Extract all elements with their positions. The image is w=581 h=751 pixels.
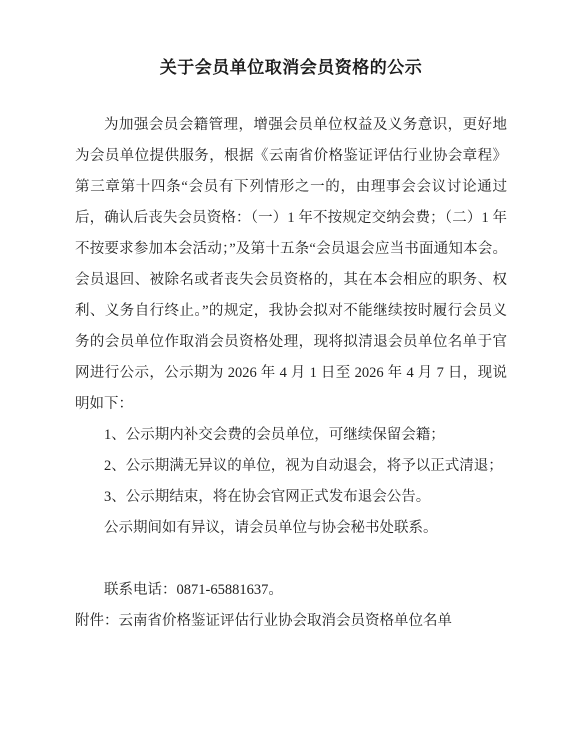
attachment-line: 附件：云南省价格鉴证评估行业协会取消会员资格单位名单 <box>75 606 507 637</box>
list-item-1: 1、公示期内补交会费的会员单位，可继续保留会籍； <box>75 420 507 451</box>
document-page: 关于会员单位取消会员资格的公示 为加强会员会籍管理，增强会员单位权益及义务意识，… <box>0 0 581 751</box>
paragraph-main: 为加强会员会籍管理，增强会员单位权益及义务意识，更好地为会员单位提供服务，根据《… <box>75 110 507 420</box>
contact-phone-line: 联系电话：0871-65881637。 <box>75 575 507 606</box>
list-item-2: 2、公示期满无异议的单位，视为自动退会，将予以正式清退； <box>75 451 507 482</box>
page-title: 关于会员单位取消会员资格的公示 <box>75 52 507 83</box>
paragraph-objection: 公示期间如有异议，请会员单位与协会秘书处联系。 <box>75 513 507 544</box>
list-item-3: 3、公示期结束，将在协会官网正式发布退会公告。 <box>75 482 507 513</box>
